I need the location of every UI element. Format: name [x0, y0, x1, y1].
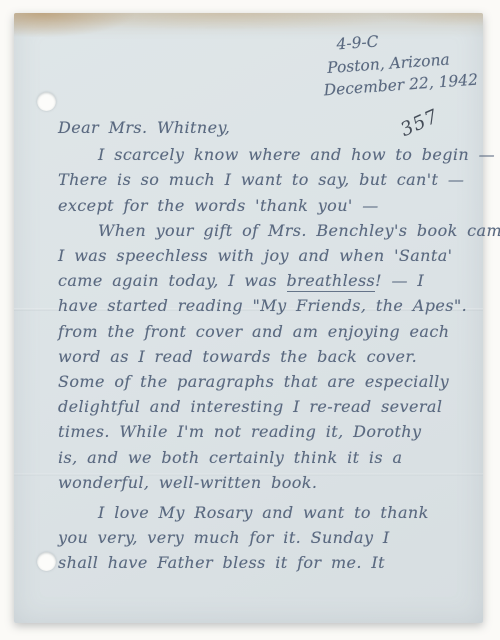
letter-line: came again today, I was breathless! — I	[58, 268, 471, 293]
letter-line: When your gift of Mrs. Benchley's book c…	[58, 218, 471, 243]
letter-line: times. While I'm not reading it, Dorothy	[58, 419, 471, 444]
letter-line-segment: came again today, I was	[58, 271, 287, 290]
letter-paper: 4-9-C Poston, Arizona December 22, 1942 …	[14, 13, 483, 623]
letter-line: word as I read towards the back cover.	[58, 344, 471, 369]
letter-body: Dear Mrs. Whitney, I scarcely know where…	[58, 115, 471, 576]
letter-line: shall have Father bless it for me. It	[58, 550, 471, 575]
letter-line: delightful and interesting I re-read sev…	[58, 394, 471, 419]
letter-line: is, and we both certainly think it is a	[58, 445, 471, 470]
salutation: Dear Mrs. Whitney,	[58, 115, 471, 140]
letter-line: you very, very much for it. Sunday I	[58, 525, 471, 550]
scanned-letter-screen: 4-9-C Poston, Arizona December 22, 1942 …	[0, 0, 500, 640]
letter-line: Some of the paragraphs that are especial…	[58, 369, 471, 394]
letter-line-segment: ! — I	[375, 271, 424, 290]
letter-heading: 4-9-C Poston, Arizona December 22, 1942	[320, 24, 479, 102]
letter-line: from the front cover and am enjoying eac…	[58, 319, 471, 344]
letter-line: I was speechless with joy and when 'Sant…	[58, 243, 471, 268]
punch-hole-bottom	[37, 552, 56, 571]
punch-hole-top	[37, 92, 56, 111]
letter-line: except for the words 'thank you' —	[58, 193, 471, 218]
underlined-word: breathless	[287, 271, 376, 292]
letter-line: I scarcely know where and how to begin —	[58, 142, 471, 167]
letter-line: There is so much I want to say, but can'…	[58, 167, 471, 192]
letter-line: I love My Rosary and want to thank	[58, 500, 471, 525]
letter-line: have started reading "My Friends, the Ap…	[58, 293, 471, 318]
letter-line: wonderful, well-written book.	[58, 470, 471, 495]
